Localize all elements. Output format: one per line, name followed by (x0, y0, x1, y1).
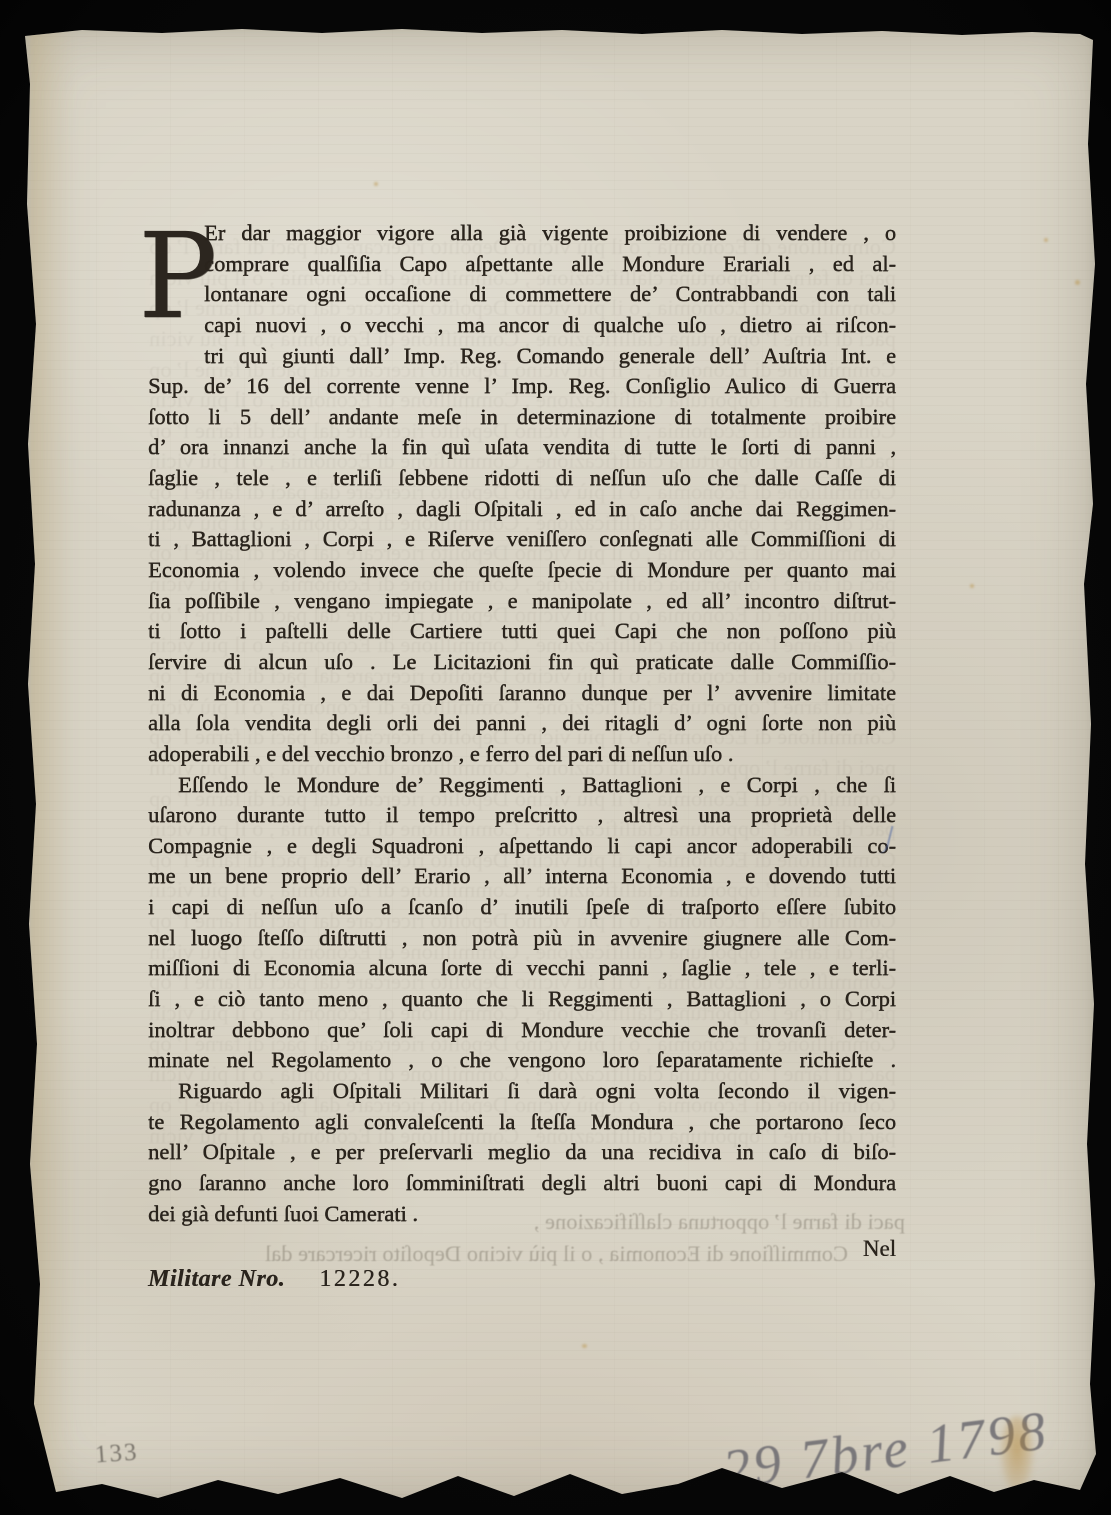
body-text: P Er dar maggior vigore alla già vigente… (148, 218, 896, 1229)
text-line: dei già defunti ſuoi Camerati . (148, 1199, 896, 1230)
text-line: Er dar maggior vigore alla già vigente p… (148, 218, 896, 249)
text-line: i capi di neſſun uſo a ſcanſo d’ inutili… (148, 892, 896, 923)
text-line: me un bene proprio dell’ Erario , all’ i… (148, 861, 896, 892)
paper-fleck (1044, 238, 1048, 242)
text-line: lontanare ogni occaſione di commettere d… (148, 279, 896, 310)
footer-line: Militare Nro.12228. (148, 1266, 896, 1293)
text-line: nell’ Oſpitale , e per preſervarli megli… (148, 1137, 896, 1168)
text-line: Economia , volendo invece che queſte ſpe… (148, 555, 896, 586)
text-line: gno ſaranno anche loro ſomminiſtrati deg… (148, 1168, 896, 1199)
text-line: ſaglie , tele , e terliſi ſebbene ridott… (148, 463, 896, 494)
text-line: capi nuovi , o vecchi , ma ancor di qual… (148, 310, 896, 341)
text-line: Riguardo agli Oſpitali Militari ſi darà … (148, 1076, 896, 1107)
text-line: ſotto li 5 dell’ andante meſe in determi… (148, 402, 896, 433)
paper-fleck (374, 182, 378, 186)
militare-number: 12228. (319, 1266, 400, 1292)
catchword: Nel (148, 1236, 896, 1262)
text-line: inoltrar debbono que’ ſoli capi di Mondu… (148, 1015, 896, 1046)
text-line: radunanza , e d’ arreſto , dagli Oſpital… (148, 494, 896, 525)
text-line: alla ſola vendita degli orli dei panni ,… (148, 708, 896, 739)
text-line: d’ ora innanzi anche la fin quì uſata ve… (148, 432, 896, 463)
text-line: miſſioni di Economia alcuna ſorte di vec… (148, 953, 896, 984)
text-line: Sup. de’ 16 del corrente venne l’ Imp. R… (148, 371, 896, 402)
militare-label: Militare Nro. (148, 1266, 285, 1292)
scan-background: Commiſſione di Economia , o il più vicin… (0, 0, 1111, 1515)
text-line: Compagnie , e degli Squadroni , aſpettan… (148, 831, 896, 862)
pencil-number: 133 (94, 1439, 139, 1470)
paper-sheet: Commiſſione di Economia , o il più vicin… (22, 24, 1098, 1504)
text-line: adoperabili , e del vecchio bronzo , e f… (148, 739, 896, 770)
text-line: ti , Battaglioni , Corpi , e Riſerve ven… (148, 524, 896, 555)
paper-fleck (582, 1344, 587, 1348)
text-line: comprare qualſiſia Capo aſpettante alle … (148, 249, 896, 280)
text-line: nel luogo ſteſſo diſtrutti , non potrà p… (148, 923, 896, 954)
handwritten-date: 29 7bre 1798 (719, 1398, 1054, 1501)
text-line: Eſſendo le Mondure de’ Reggimenti , Batt… (148, 770, 896, 801)
text-line: ti ſotto i paſtelli delle Cartiere tutti… (148, 616, 896, 647)
text-line: uſarono durante tutto il tempo preſcritt… (148, 800, 896, 831)
paper-fleck (970, 584, 974, 588)
text-line: ſervire di alcun uſo . Le Licitazioni fi… (148, 647, 896, 678)
text-line: ni di Economia , e dai Depoſiti ſaranno … (148, 678, 896, 709)
body-lines: Er dar maggior vigore alla già vigente p… (148, 218, 896, 1229)
text-line: minate nel Regolamento , o che vengono l… (148, 1045, 896, 1076)
text-line: ſia poſſibile , vengano impiegate , e ma… (148, 586, 896, 617)
drop-cap-initial: P (138, 218, 204, 341)
paper-fleck (1075, 280, 1080, 285)
text-line: te Regolamento agli convaleſcenti la ſte… (148, 1107, 896, 1138)
text-line: ſi , e ciò tanto meno , quanto che li Re… (148, 984, 896, 1015)
text-line: tri quì giunti dall’ Imp. Reg. Comando g… (148, 341, 896, 372)
left-edge-stain (30, 24, 76, 1504)
